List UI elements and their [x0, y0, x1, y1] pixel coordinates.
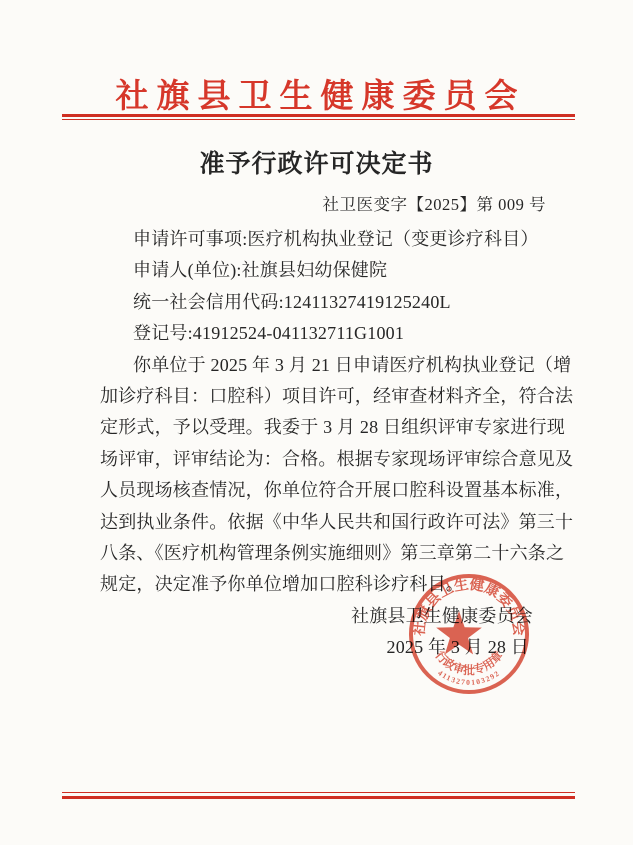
- header-double-rule: [62, 114, 575, 120]
- body-line: 规定，决定准予你单位增加口腔科诊疗科目。: [100, 569, 547, 600]
- body-line: 加诊疗科目：口腔科）项目许可，经审查材料齐全，符合法: [100, 381, 547, 412]
- footer-double-rule: [62, 792, 575, 799]
- info-line: 申请人(单位):社旗县妇幼保健院: [100, 255, 547, 286]
- application-info-lines: 申请许可事项:医疗机构执业登记（变更诊疗科目）申请人(单位):社旗县妇幼保健院统…: [100, 224, 547, 350]
- svg-text:4113270103292: 4113270103292: [436, 668, 502, 687]
- official-document-page: 社旗县卫生健康委员会 准予行政许可决定书 社卫医变字【2025】第 009 号 …: [0, 0, 633, 845]
- info-line: 登记号:41912524-041132711G1001: [100, 318, 547, 349]
- body-line: 达到执业条件。依据《中华人民共和国行政许可法》第三十: [100, 507, 547, 538]
- body-line: 场评审，评审结论为：合格。根据专家现场评审综合意见及: [100, 444, 547, 475]
- body-line: 定形式，予以受理。我委于 3 月 28 日组织评审专家进行现: [100, 412, 547, 443]
- document-body: 申请许可事项:医疗机构执业登记（变更诊疗科目）申请人(单位):社旗县妇幼保健院统…: [100, 224, 547, 663]
- document-reference-number: 社卫医变字【2025】第 009 号: [100, 194, 546, 216]
- signature-org: 社旗县卫生健康委员会: [100, 601, 547, 632]
- info-line: 申请许可事项:医疗机构执业登记（变更诊疗科目）: [100, 224, 547, 255]
- body-line: 你单位于 2025 年 3 月 21 日申请医疗机构执业登记（增: [100, 350, 547, 381]
- info-line: 统一社会信用代码:12411327419125240L: [100, 287, 547, 318]
- body-line: 人员现场核查情况，你单位符合开展口腔科设置基本标准，: [100, 475, 547, 506]
- seal-code: 4113270103292: [436, 668, 502, 687]
- issuing-authority-header: 社旗县卫生健康委员会: [0, 70, 633, 117]
- signature-date: 2025 年 3 月 28 日: [100, 632, 547, 663]
- body-line: 八条、《医疗机构管理条例实施细则》第三章第二十六条之: [100, 538, 547, 569]
- document-title: 准予行政许可决定书: [0, 150, 633, 180]
- decision-paragraph: 你单位于 2025 年 3 月 21 日申请医疗机构执业登记（增加诊疗科目：口腔…: [100, 350, 547, 601]
